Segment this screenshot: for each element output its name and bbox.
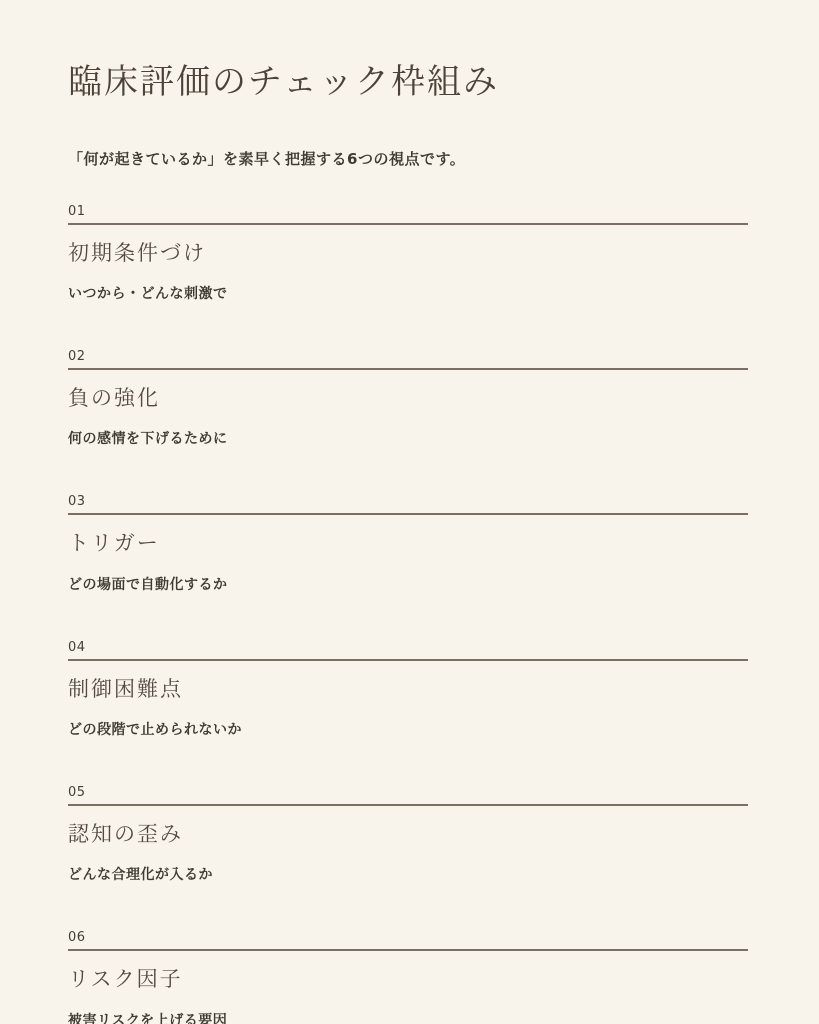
page-subtitle: 「何が起きているか」を素早く把握する6つの視点です。 [68, 148, 748, 169]
section-description: 何の感情を下げるために [68, 428, 748, 448]
section-description: 被害リスクを上げる要因 [68, 1010, 748, 1024]
framework-section-04: 04 制御困難点 どの段階で止められないか [68, 641, 748, 739]
section-title: 制御困難点 [68, 676, 748, 703]
section-title: 初期条件づけ [68, 240, 748, 267]
section-number: 06 [68, 931, 748, 944]
section-divider [68, 223, 748, 225]
framework-section-02: 02 負の強化 何の感情を下げるために [68, 350, 748, 448]
section-number: 04 [68, 641, 748, 654]
section-description: いつから・どんな刺激で [68, 283, 748, 303]
section-description: どんな合理化が入るか [68, 864, 748, 884]
section-number: 01 [68, 205, 748, 218]
section-description: どの場面で自動化するか [68, 574, 748, 594]
section-number: 02 [68, 350, 748, 363]
framework-section-06: 06 リスク因子 被害リスクを上げる要因 [68, 931, 748, 1024]
page-title: 臨床評価のチェック枠組み [68, 60, 748, 106]
framework-section-05: 05 認知の歪み どんな合理化が入るか [68, 786, 748, 884]
section-divider [68, 949, 748, 951]
section-divider [68, 659, 748, 661]
framework-section-list: 01 初期条件づけ いつから・どんな刺激で 02 負の強化 何の感情を下げるため… [68, 205, 748, 1024]
section-description: どの段階で止められないか [68, 719, 748, 739]
document-page: 臨床評価のチェック枠組み 「何が起きているか」を素早く把握する6つの視点です。 … [0, 0, 819, 1024]
framework-section-01: 01 初期条件づけ いつから・どんな刺激で [68, 205, 748, 303]
framework-section-03: 03 トリガー どの場面で自動化するか [68, 495, 748, 593]
section-divider [68, 368, 748, 370]
section-title: リスク因子 [68, 966, 748, 993]
section-number: 03 [68, 495, 748, 508]
section-title: 負の強化 [68, 385, 748, 412]
section-divider [68, 804, 748, 806]
section-divider [68, 513, 748, 515]
section-title: 認知の歪み [68, 821, 748, 848]
section-title: トリガー [68, 530, 748, 557]
section-number: 05 [68, 786, 748, 799]
